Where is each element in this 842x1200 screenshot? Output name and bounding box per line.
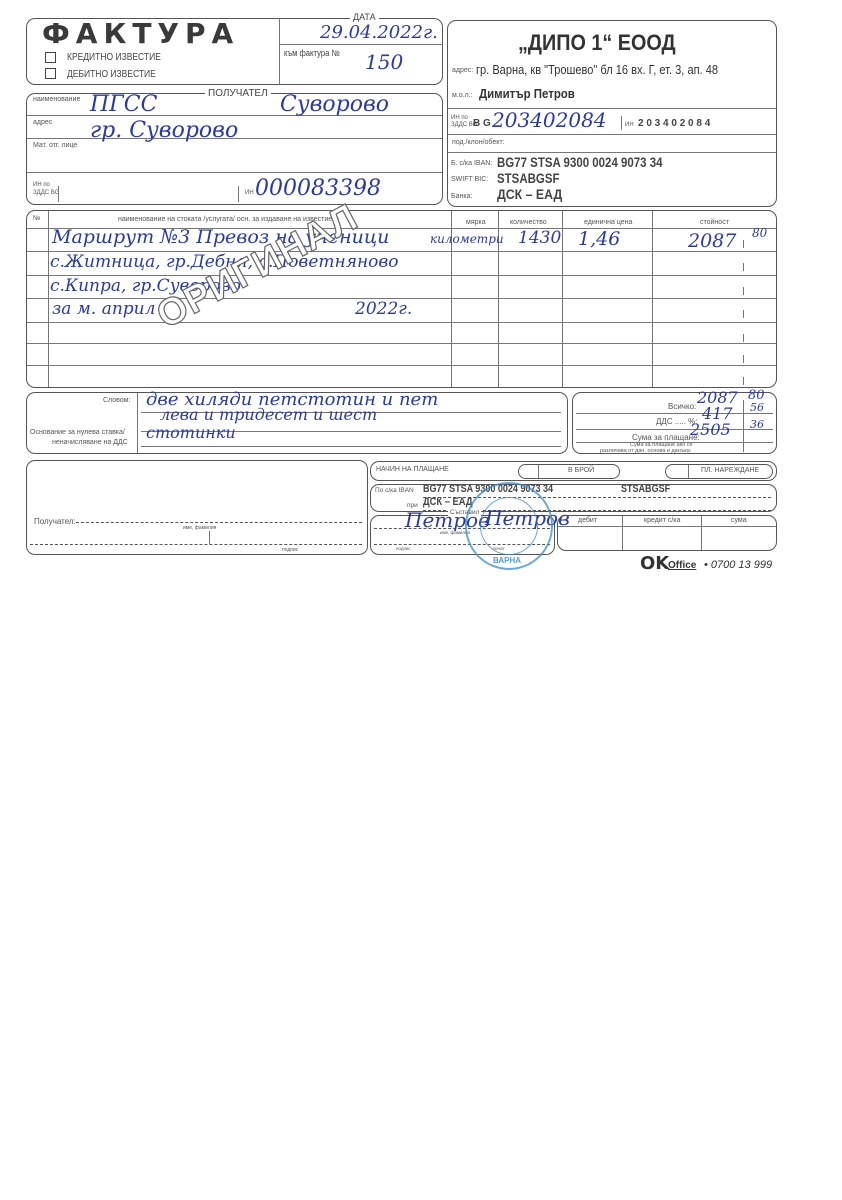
item-value-st: 80 (752, 226, 767, 240)
recipient-in-label: ИН (245, 190, 254, 196)
col-header-no: № (33, 215, 41, 222)
item-quantity: 1430 (518, 228, 561, 248)
divider (743, 400, 744, 452)
divider (238, 186, 239, 202)
receiver-signature-sublabel: подпис (282, 547, 298, 553)
decimal-tick (743, 310, 744, 318)
supplier-vat-prefix: B G (473, 118, 491, 129)
divider (538, 465, 539, 478)
receiver-signature-line[interactable] (30, 544, 362, 545)
credit-note-label: КРЕДИТНО ИЗВЕСТИЕ (67, 52, 161, 63)
supplier-mol-label: м.о.л.: (452, 92, 473, 99)
supplier-swift: STSABGSF (497, 170, 560, 186)
supplier-bank-label: Банка: (451, 193, 472, 200)
company-stamp-inner (480, 497, 538, 555)
to-invoice-value: 150 (365, 50, 403, 74)
divider (209, 531, 210, 544)
recipient-name-label: наименование (33, 96, 80, 103)
zero-rate-label: Основание за нулева ставка/ (30, 429, 125, 436)
column-divider (48, 211, 49, 387)
stamp-city: ВАРНА (493, 556, 521, 565)
invoice-title: ФАКТУРА (42, 17, 239, 50)
column-divider (562, 211, 563, 387)
in-words-line: лева и тридесет и шест (160, 405, 377, 424)
supplier-address-label: адрес: (452, 67, 473, 74)
divider (688, 465, 689, 478)
date-value: 29.04.2022г. (320, 22, 438, 43)
in-words-label: Словом: (103, 397, 130, 404)
payment-iban-label: По с/ка IBAN (375, 487, 414, 494)
row-divider (27, 322, 776, 323)
supplier-vat-label: ИН по (451, 115, 468, 121)
payment-swift: STSABGSF (621, 483, 670, 495)
recipient-name: ПГСС (90, 92, 157, 117)
recipient-name-extra: Суворово (280, 92, 389, 117)
supplier-branch-label: под./клон/обект: (452, 139, 505, 146)
supplier-in-label: ИН (625, 122, 634, 128)
row-divider (27, 343, 776, 344)
payment-method-label: НАЧИН НА ПЛАЩАНЕ (376, 466, 449, 473)
decimal-tick (743, 287, 744, 295)
date-label: ДАТА (350, 12, 379, 22)
supplier-mol: Димитър Петров (479, 86, 575, 101)
ok-logo-icon: OK (640, 553, 669, 574)
payable-st: 36 (750, 418, 764, 431)
receiver-sign-box (26, 460, 368, 555)
row-divider (27, 365, 776, 366)
divider (27, 172, 442, 173)
decimal-tick (743, 355, 744, 363)
divider (622, 516, 623, 550)
decimal-tick (743, 263, 744, 271)
composer-signature-sublabel: подпис (396, 546, 411, 551)
recipient-address-label: адрес (33, 119, 52, 126)
debit-note-label: ДЕБИТНО ИЗВЕСТИЕ (67, 69, 156, 80)
supplier-iban-label: Б. с/ка IBAN: (451, 160, 492, 167)
transfer-label: ПЛ. НАРЕЖДАНЕ (701, 467, 759, 474)
item-value-lev: 2087 (688, 230, 736, 252)
divider (279, 18, 280, 85)
item-description-line: за м. април (52, 299, 155, 319)
recipient-address: гр. Суворово (90, 118, 238, 143)
divider (58, 186, 59, 202)
divider (701, 516, 702, 550)
debit-label: дебит (578, 517, 597, 524)
cash-label: В БРОЙ (568, 467, 594, 474)
supplier-bank: ДСК – ЕАД (497, 186, 562, 202)
payment-bank: ДСК – ЕАД (423, 496, 473, 508)
decimal-tick (743, 240, 744, 248)
divider (621, 116, 622, 130)
divider (448, 134, 776, 135)
ok-office-logo: OK (640, 553, 669, 574)
divider (558, 526, 776, 527)
recipient-in-number: 000083398 (255, 176, 381, 201)
footer-brand-suffix: Office (668, 560, 696, 571)
item-unit: километри (430, 232, 504, 246)
vat-st: 56 (750, 401, 764, 414)
in-words-line: стотинки (146, 423, 236, 442)
recipient-mol-label: Мат. отг. лице (33, 142, 77, 149)
col-header-unit-price: единична цена (584, 219, 632, 226)
credit-label: кредит с/ка (644, 517, 680, 524)
recipient-vat-label-2: ЗДДС BG (33, 190, 59, 196)
supplier-swift-label: SWIFT BIC: (451, 176, 488, 183)
col-header-value: стойност (700, 219, 729, 226)
col-header-unit: мярка (466, 219, 486, 226)
receiver-name-sublabel: име, фамилия (183, 525, 216, 531)
supplier-iban: BG77 STSA 9300 0024 9073 34 (497, 154, 663, 170)
footer-phone: • 0700 13 999 (704, 559, 772, 571)
column-divider (652, 211, 653, 387)
divider (141, 446, 561, 447)
item-description-year: 2022г. (355, 299, 412, 319)
payable-lev: 2505 (690, 420, 731, 439)
recipient-section-label: ПОЛУЧАТЕЛ (205, 88, 271, 99)
zero-rate-label-2: неначисляване на ДДС (52, 439, 128, 446)
sum-label: сума (731, 517, 747, 524)
col-header-quantity: количество (510, 219, 547, 226)
supplier-name: „ДИПО 1“ ЕООД (518, 30, 676, 56)
item-unit-price: 1,46 (578, 228, 620, 250)
divider (448, 152, 776, 153)
receiver-label: Получател: (34, 517, 76, 526)
decimal-tick (743, 334, 744, 342)
divider (279, 44, 443, 45)
recipient-vat-label: ИН по (33, 182, 50, 188)
credit-note-checkbox[interactable] (45, 52, 56, 63)
supplier-in-number: 2 0 3 4 0 2 0 8 4 (638, 118, 710, 129)
divider (137, 393, 138, 453)
to-invoice-label: към фактура № (284, 48, 340, 58)
supplier-vat-handwritten: 203402084 (492, 108, 607, 132)
debit-note-checkbox[interactable] (45, 68, 56, 79)
receiver-name-line[interactable] (76, 522, 362, 523)
diff-label-2: различава от дан. основа и данъка: (600, 448, 691, 454)
supplier-address: гр. Варна, кв "Трошево" бл 16 вх. Г, ет.… (476, 62, 718, 77)
total-label: Всичко: (668, 402, 696, 411)
decimal-tick (743, 377, 744, 385)
